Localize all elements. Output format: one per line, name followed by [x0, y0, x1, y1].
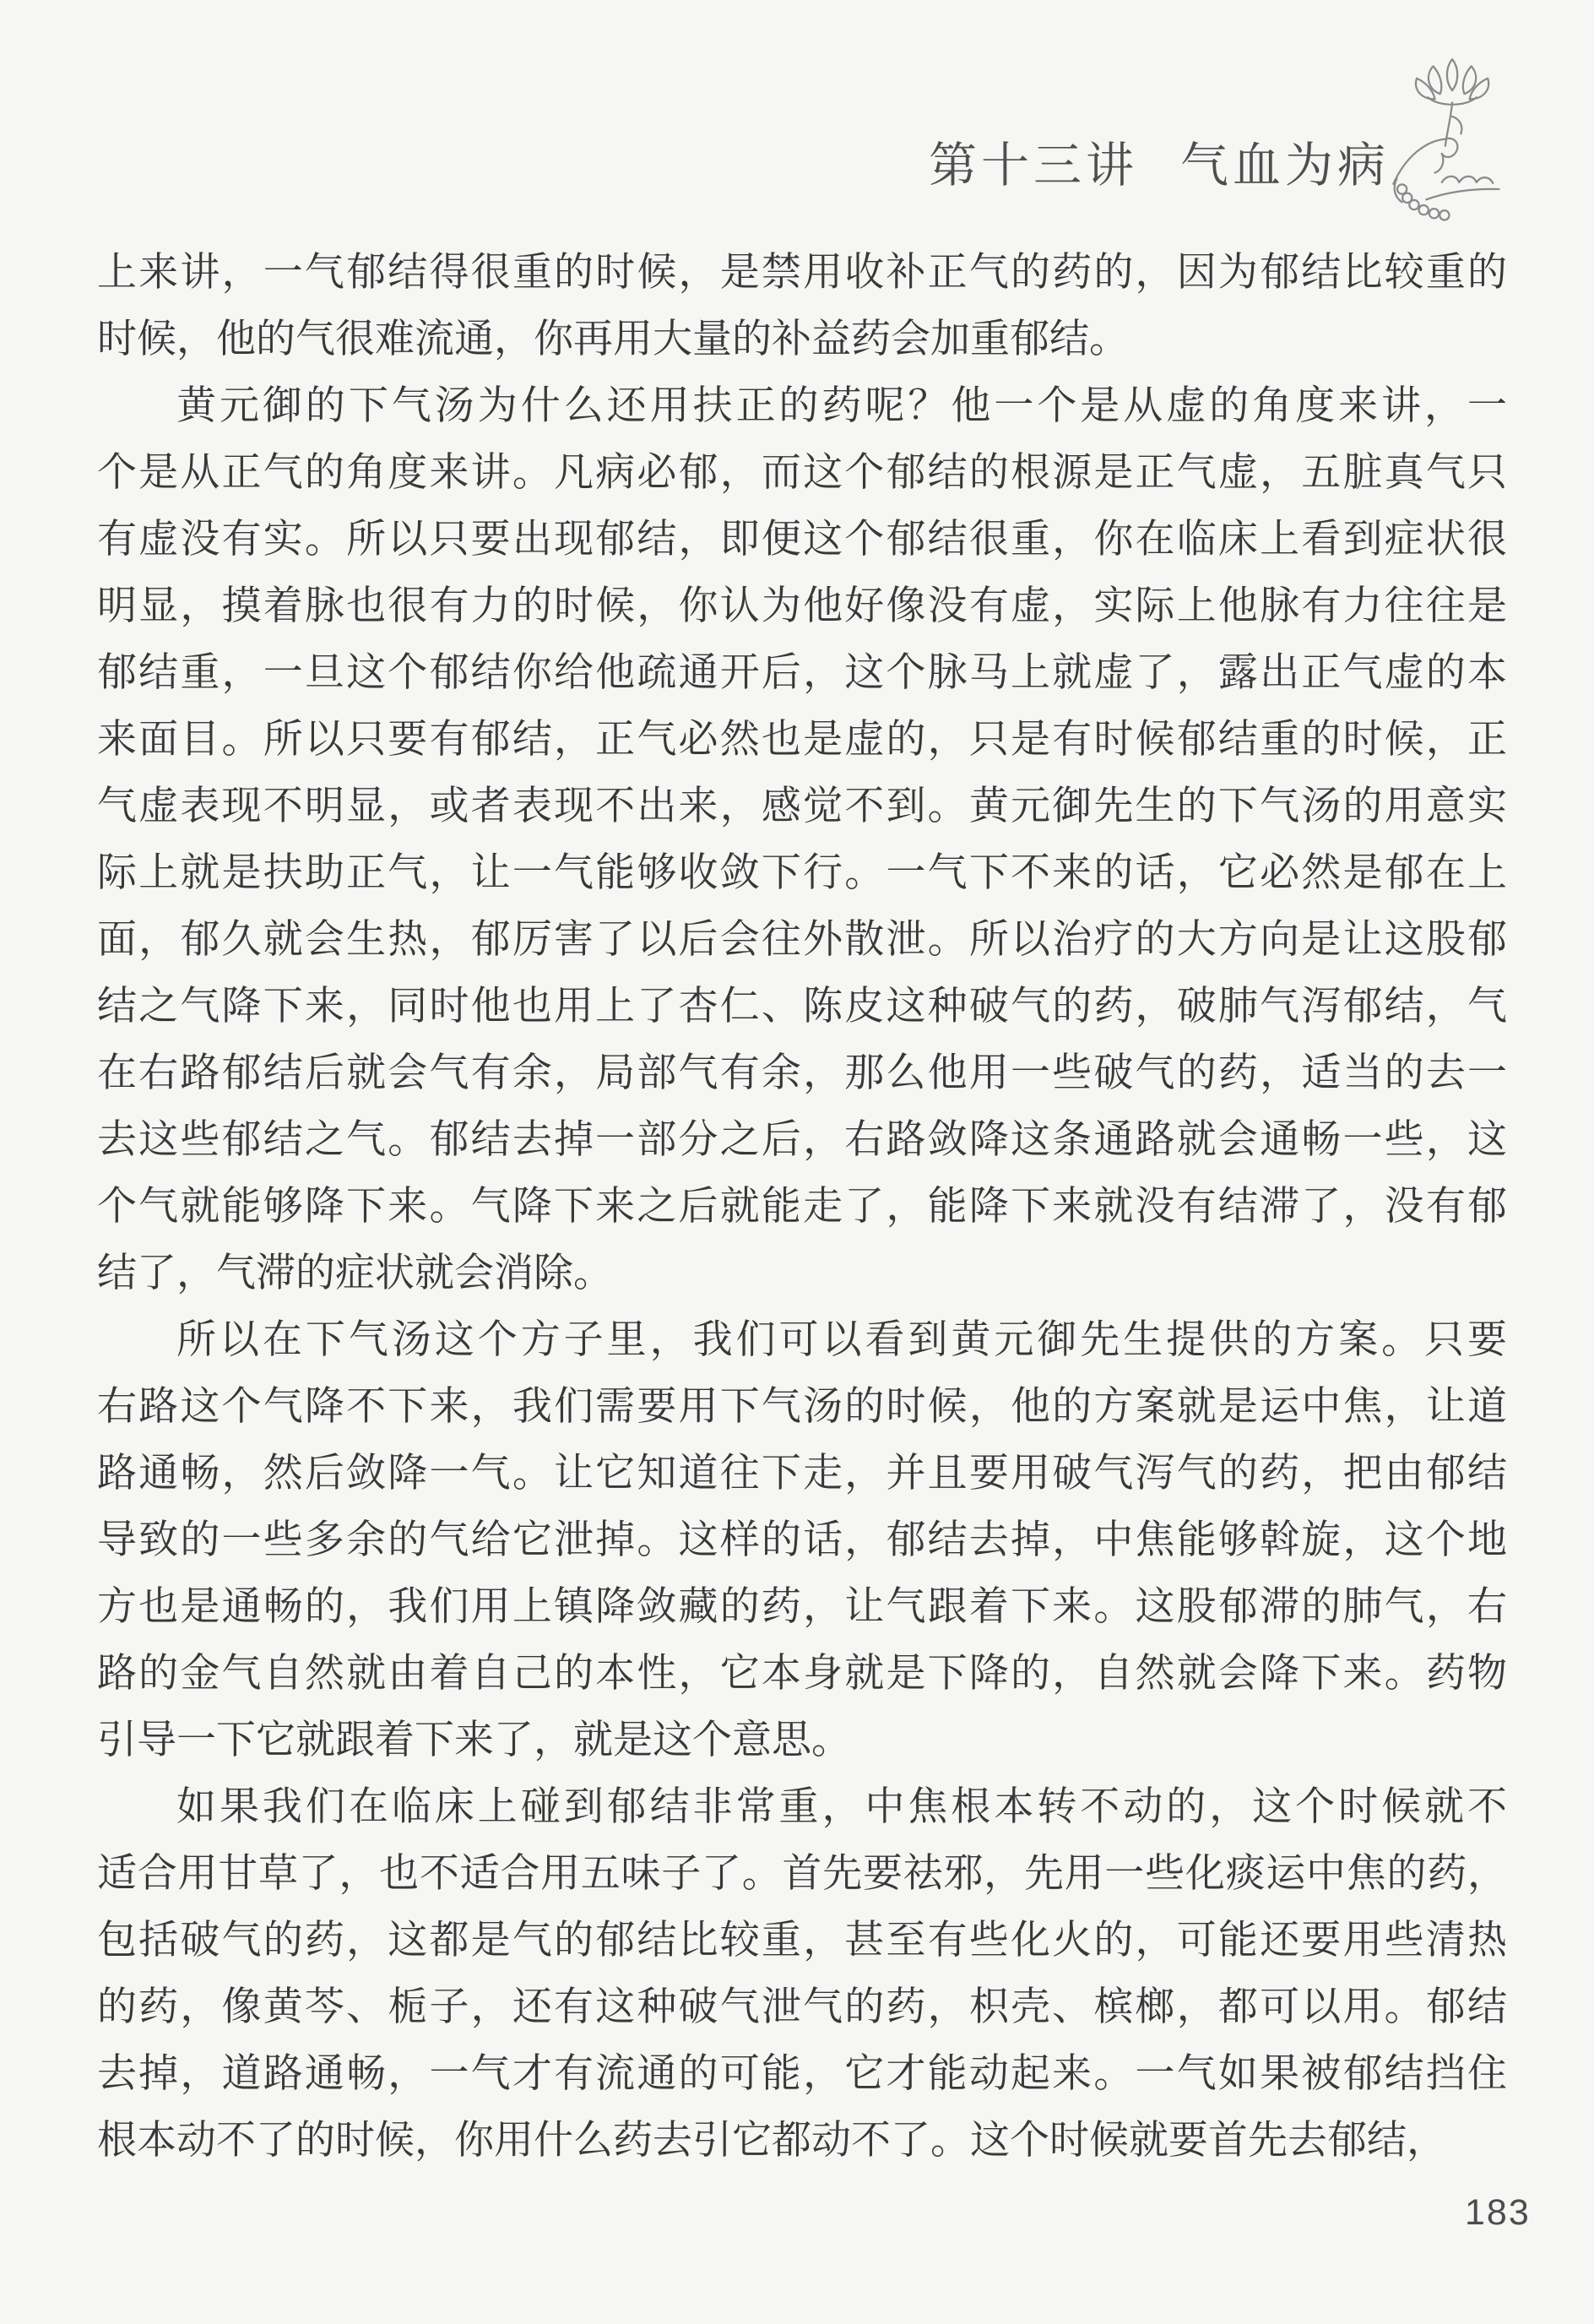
- text-line: 时候，他的气很难流通，你再用大量的补益药会加重郁结。: [97, 307, 1507, 373]
- chapter-label: 第十三讲: [929, 127, 1138, 196]
- body-text: 上来讲，一气郁结得很重的时候，是禁用收补正气的药的，因为郁结比较重的时候，他的气…: [97, 240, 1507, 2175]
- text-line: 路通畅，然后敛降一气。让它知道往下走，并且要用破气泻气的药，把由郁结: [97, 1441, 1507, 1507]
- text-line: 明显，摸着脉也很有力的时候，你认为他好像没有虚，实际上他脉有力往往是: [97, 573, 1507, 640]
- text-line: 结之气降下来，同时他也用上了杏仁、陈皮这种破气的药，破肺气泻郁结，气: [97, 974, 1507, 1040]
- text-line: 适合用甘草了，也不适合用五味子了。首先要祛邪，先用一些化痰运中焦的药，: [97, 1841, 1507, 1908]
- text-line: 际上就是扶助正气，让一气能够收敛下行。一气下不来的话，它必然是郁在上: [97, 840, 1507, 907]
- book-page: 第十三讲 气血为病: [0, 0, 1594, 2324]
- text-line: 包括破气的药，这都是气的郁结比较重，甚至有些化火的，可能还要用些清热: [97, 1908, 1507, 1974]
- text-line: 导致的一些多余的气给它泄掉。这样的话，郁结去掉，中焦能够斡旋，这个地: [97, 1507, 1507, 1574]
- text-line: 郁结重，一旦这个郁结你给他疏通开后，这个脉马上就虚了，露出正气虚的本: [97, 640, 1507, 707]
- text-line: 个是从正气的角度来讲。凡病必郁，而这个郁结的根源是正气虚，五脏真气只: [97, 440, 1507, 507]
- text-line: 去掉，道路通畅，一气才有流通的可能，它才能动起来。一气如果被郁结挡住: [97, 2041, 1507, 2108]
- text-line: 根本动不了的时候，你用什么药去引它都动不了。这个时候就要首先去郁结，: [97, 2108, 1507, 2175]
- text-line: 引导一下它就跟着下来了，就是这个意思。: [97, 1708, 1507, 1774]
- text-line: 面，郁久就会生热，郁厉害了以后会往外散泄。所以治疗的大方向是让这股郁: [97, 907, 1507, 974]
- running-header: 第十三讲 气血为病: [929, 127, 1390, 196]
- text-line: 方也是通畅的，我们用上镇降敛藏的药，让气跟着下来。这股郁滞的肺气，右: [97, 1574, 1507, 1641]
- text-line: 所以在下气汤这个方子里，我们可以看到黄元御先生提供的方案。只要: [97, 1307, 1507, 1374]
- text-line: 如果我们在临床上碰到郁结非常重，中焦根本转不动的，这个时候就不: [97, 1774, 1507, 1841]
- text-line: 右路这个气降不下来，我们需要用下气汤的时候，他的方案就是运中焦，让道: [97, 1374, 1507, 1441]
- text-line: 结了，气滞的症状就会消除。: [97, 1241, 1507, 1307]
- text-line: 有虚没有实。所以只要出现郁结，即便这个郁结很重，你在临床上看到症状很: [97, 507, 1507, 573]
- text-line: 上来讲，一气郁结得很重的时候，是禁用收补正气的药的，因为郁结比较重的: [97, 240, 1507, 307]
- text-line: 黄元御的下气汤为什么还用扶正的药呢？他一个是从虚的角度来讲，一: [97, 373, 1507, 440]
- chapter-title: 气血为病: [1180, 127, 1390, 196]
- text-line: 在右路郁结后就会气有余，局部气有余，那么他用一些破气的药，适当的去一: [97, 1040, 1507, 1107]
- text-line: 个气就能够降下来。气降下来之后就能走了，能降下来就没有结滞了，没有郁: [97, 1174, 1507, 1241]
- page-number: 183: [1465, 2192, 1531, 2234]
- text-line: 来面目。所以只要有郁结，正气必然也是虚的，只是有时候郁结重的时候，正: [97, 707, 1507, 774]
- text-line: 去这些郁结之气。郁结去掉一部分之后，右路敛降这条通路就会通畅一些，这: [97, 1107, 1507, 1174]
- text-line: 的药，像黄芩、栀子，还有这种破气泄气的药，枳壳、槟榔，都可以用。郁结: [97, 1974, 1507, 2041]
- text-line: 路的金气自然就由着自己的本性，它本身就是下降的，自然就会降下来。药物: [97, 1641, 1507, 1708]
- text-line: 气虚表现不明显，或者表现不出来，感觉不到。黄元御先生的下气汤的用意实: [97, 774, 1507, 840]
- hand-holding-lotus-icon: [1374, 52, 1525, 221]
